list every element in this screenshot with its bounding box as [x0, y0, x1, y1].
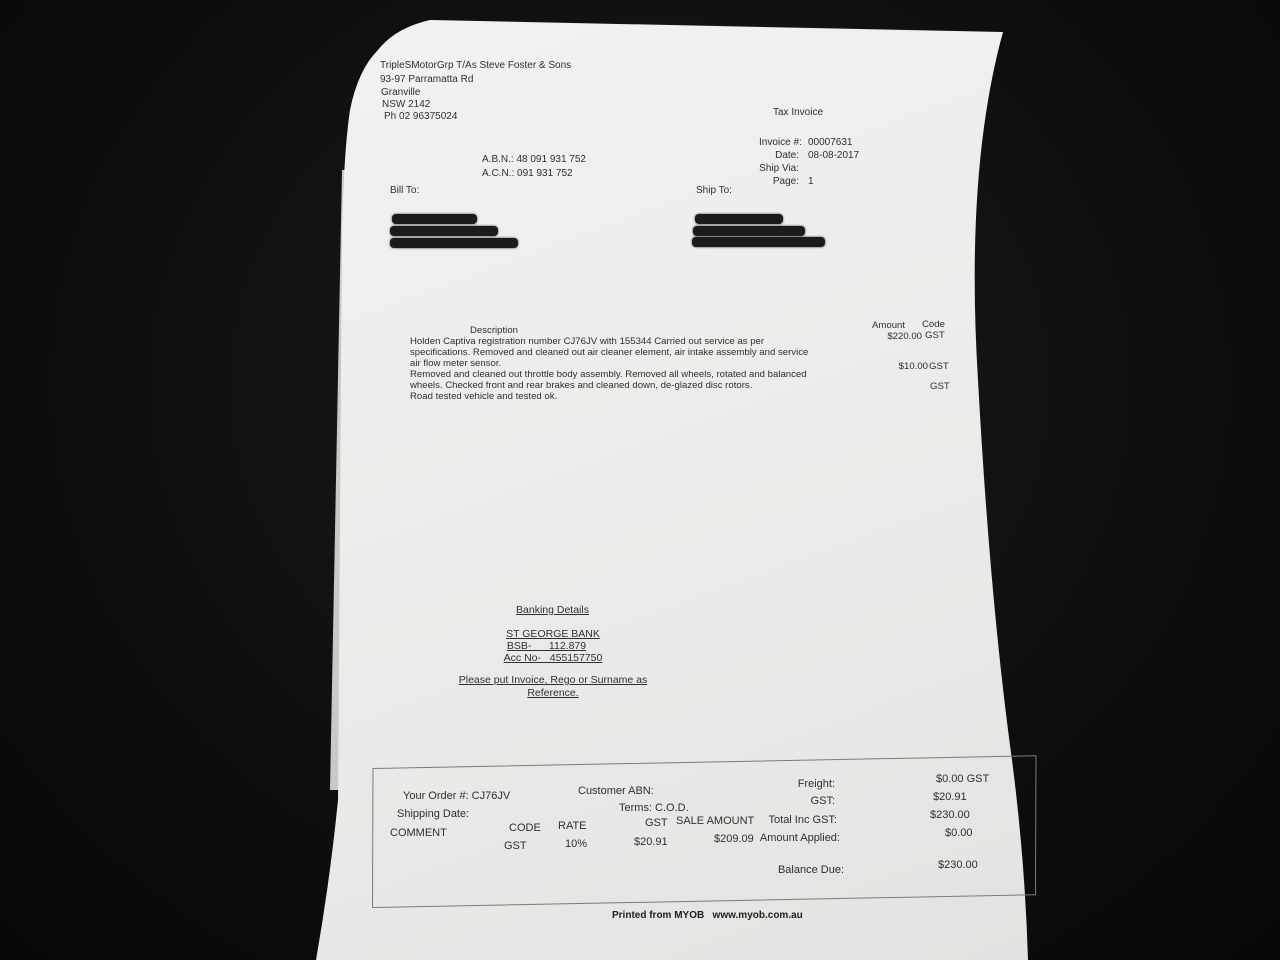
- seller-state-postcode: NSW 2142: [382, 99, 430, 111]
- seller-suburb: Granville: [381, 87, 420, 99]
- document-title: Tax Invoice: [773, 107, 823, 119]
- banking-heading: Banking Details: [500, 605, 605, 617]
- description-line: Holden Captiva registration number CJ76J…: [410, 336, 820, 347]
- gst-total-label: GST:: [760, 795, 835, 808]
- description-line: air flow meter sensor.: [410, 358, 820, 369]
- bill-to-redaction: [392, 214, 477, 224]
- line-amount: $10.00: [866, 361, 928, 373]
- bank-account: Acc No- 455157750: [494, 653, 612, 665]
- bill-to-label: Bill To:: [390, 185, 419, 197]
- reference-note-line2: Reference.: [500, 688, 606, 700]
- terms: Terms: C.O.D.: [619, 802, 689, 815]
- amount-applied-label: Amount Applied:: [745, 832, 840, 845]
- invoice-number-label: Invoice #:: [759, 137, 799, 149]
- sale-amount-column-header: SALE AMOUNT: [676, 815, 754, 828]
- invoice-date-value: 08-08-2017: [808, 150, 859, 162]
- row-rate: 10%: [565, 838, 587, 851]
- code-column-header: CODE: [509, 822, 541, 835]
- amount-applied-value: $0.00: [945, 827, 973, 840]
- total-inc-gst-value: $230.00: [930, 809, 970, 822]
- comment-header: COMMENT: [390, 827, 447, 840]
- line-item-description: Holden Captiva registration number CJ76J…: [410, 336, 820, 402]
- description-line: Road tested vehicle and tested ok.: [410, 391, 820, 402]
- bank-name: ST GEORGE BANK: [494, 629, 612, 641]
- row-code: GST: [504, 840, 527, 853]
- rate-column-header: RATE: [558, 820, 587, 833]
- ship-via-label: Ship Via:: [755, 163, 799, 175]
- ship-to-redaction: [695, 214, 783, 224]
- seller-phone: Ph 02 96375024: [384, 111, 457, 123]
- bill-to-redaction: [390, 238, 518, 248]
- line-amount: $220.00: [860, 331, 922, 343]
- gst-column-header: GST: [645, 817, 668, 830]
- invoice-number-value: 00007631: [808, 137, 853, 149]
- total-inc-gst-label: Total Inc GST:: [750, 814, 837, 827]
- ship-to-label: Ship To:: [696, 185, 732, 197]
- line-code: GST: [929, 361, 949, 373]
- page-value: 1: [808, 176, 814, 188]
- line-code: GST: [925, 330, 945, 342]
- line-code: GST: [930, 381, 950, 393]
- seller-acn: A.C.N.: 091 931 752: [482, 168, 573, 180]
- seller-name: TripleSMotorGrp T/As Steve Foster & Sons: [380, 60, 571, 72]
- your-order: Your Order #: CJ76JV: [403, 790, 510, 803]
- description-line: specifications. Removed and cleaned out …: [410, 347, 820, 358]
- seller-abn: A.B.N.: 48 091 931 752: [482, 154, 586, 166]
- description-line: wheels. Checked front and rear brakes an…: [410, 380, 820, 391]
- description-line: Removed and cleaned out throttle body as…: [410, 369, 820, 380]
- balance-due-value: $230.00: [938, 859, 978, 872]
- gst-total-value: $20.91: [933, 791, 967, 804]
- bank-bsb: BSB- 112.879: [494, 641, 599, 653]
- freight-value: $0.00 GST: [936, 773, 989, 786]
- ship-to-redaction: [693, 226, 805, 236]
- row-gst: $20.91: [634, 836, 668, 849]
- bill-to-redaction: [390, 226, 498, 236]
- freight-label: Freight:: [760, 778, 835, 791]
- invoice-date-label: Date:: [759, 150, 799, 162]
- shipping-date: Shipping Date:: [397, 808, 469, 821]
- page-label: Page:: [759, 176, 799, 188]
- reference-note: Please put Invoice, Rego or Surname as: [445, 675, 661, 687]
- balance-due-label: Balance Due:: [765, 864, 844, 877]
- customer-abn: Customer ABN:: [578, 785, 654, 798]
- print-footer: Printed from MYOB www.myob.com.au: [612, 910, 803, 922]
- seller-address: 93-97 Parramatta Rd: [380, 74, 473, 86]
- ship-to-redaction: [692, 237, 825, 247]
